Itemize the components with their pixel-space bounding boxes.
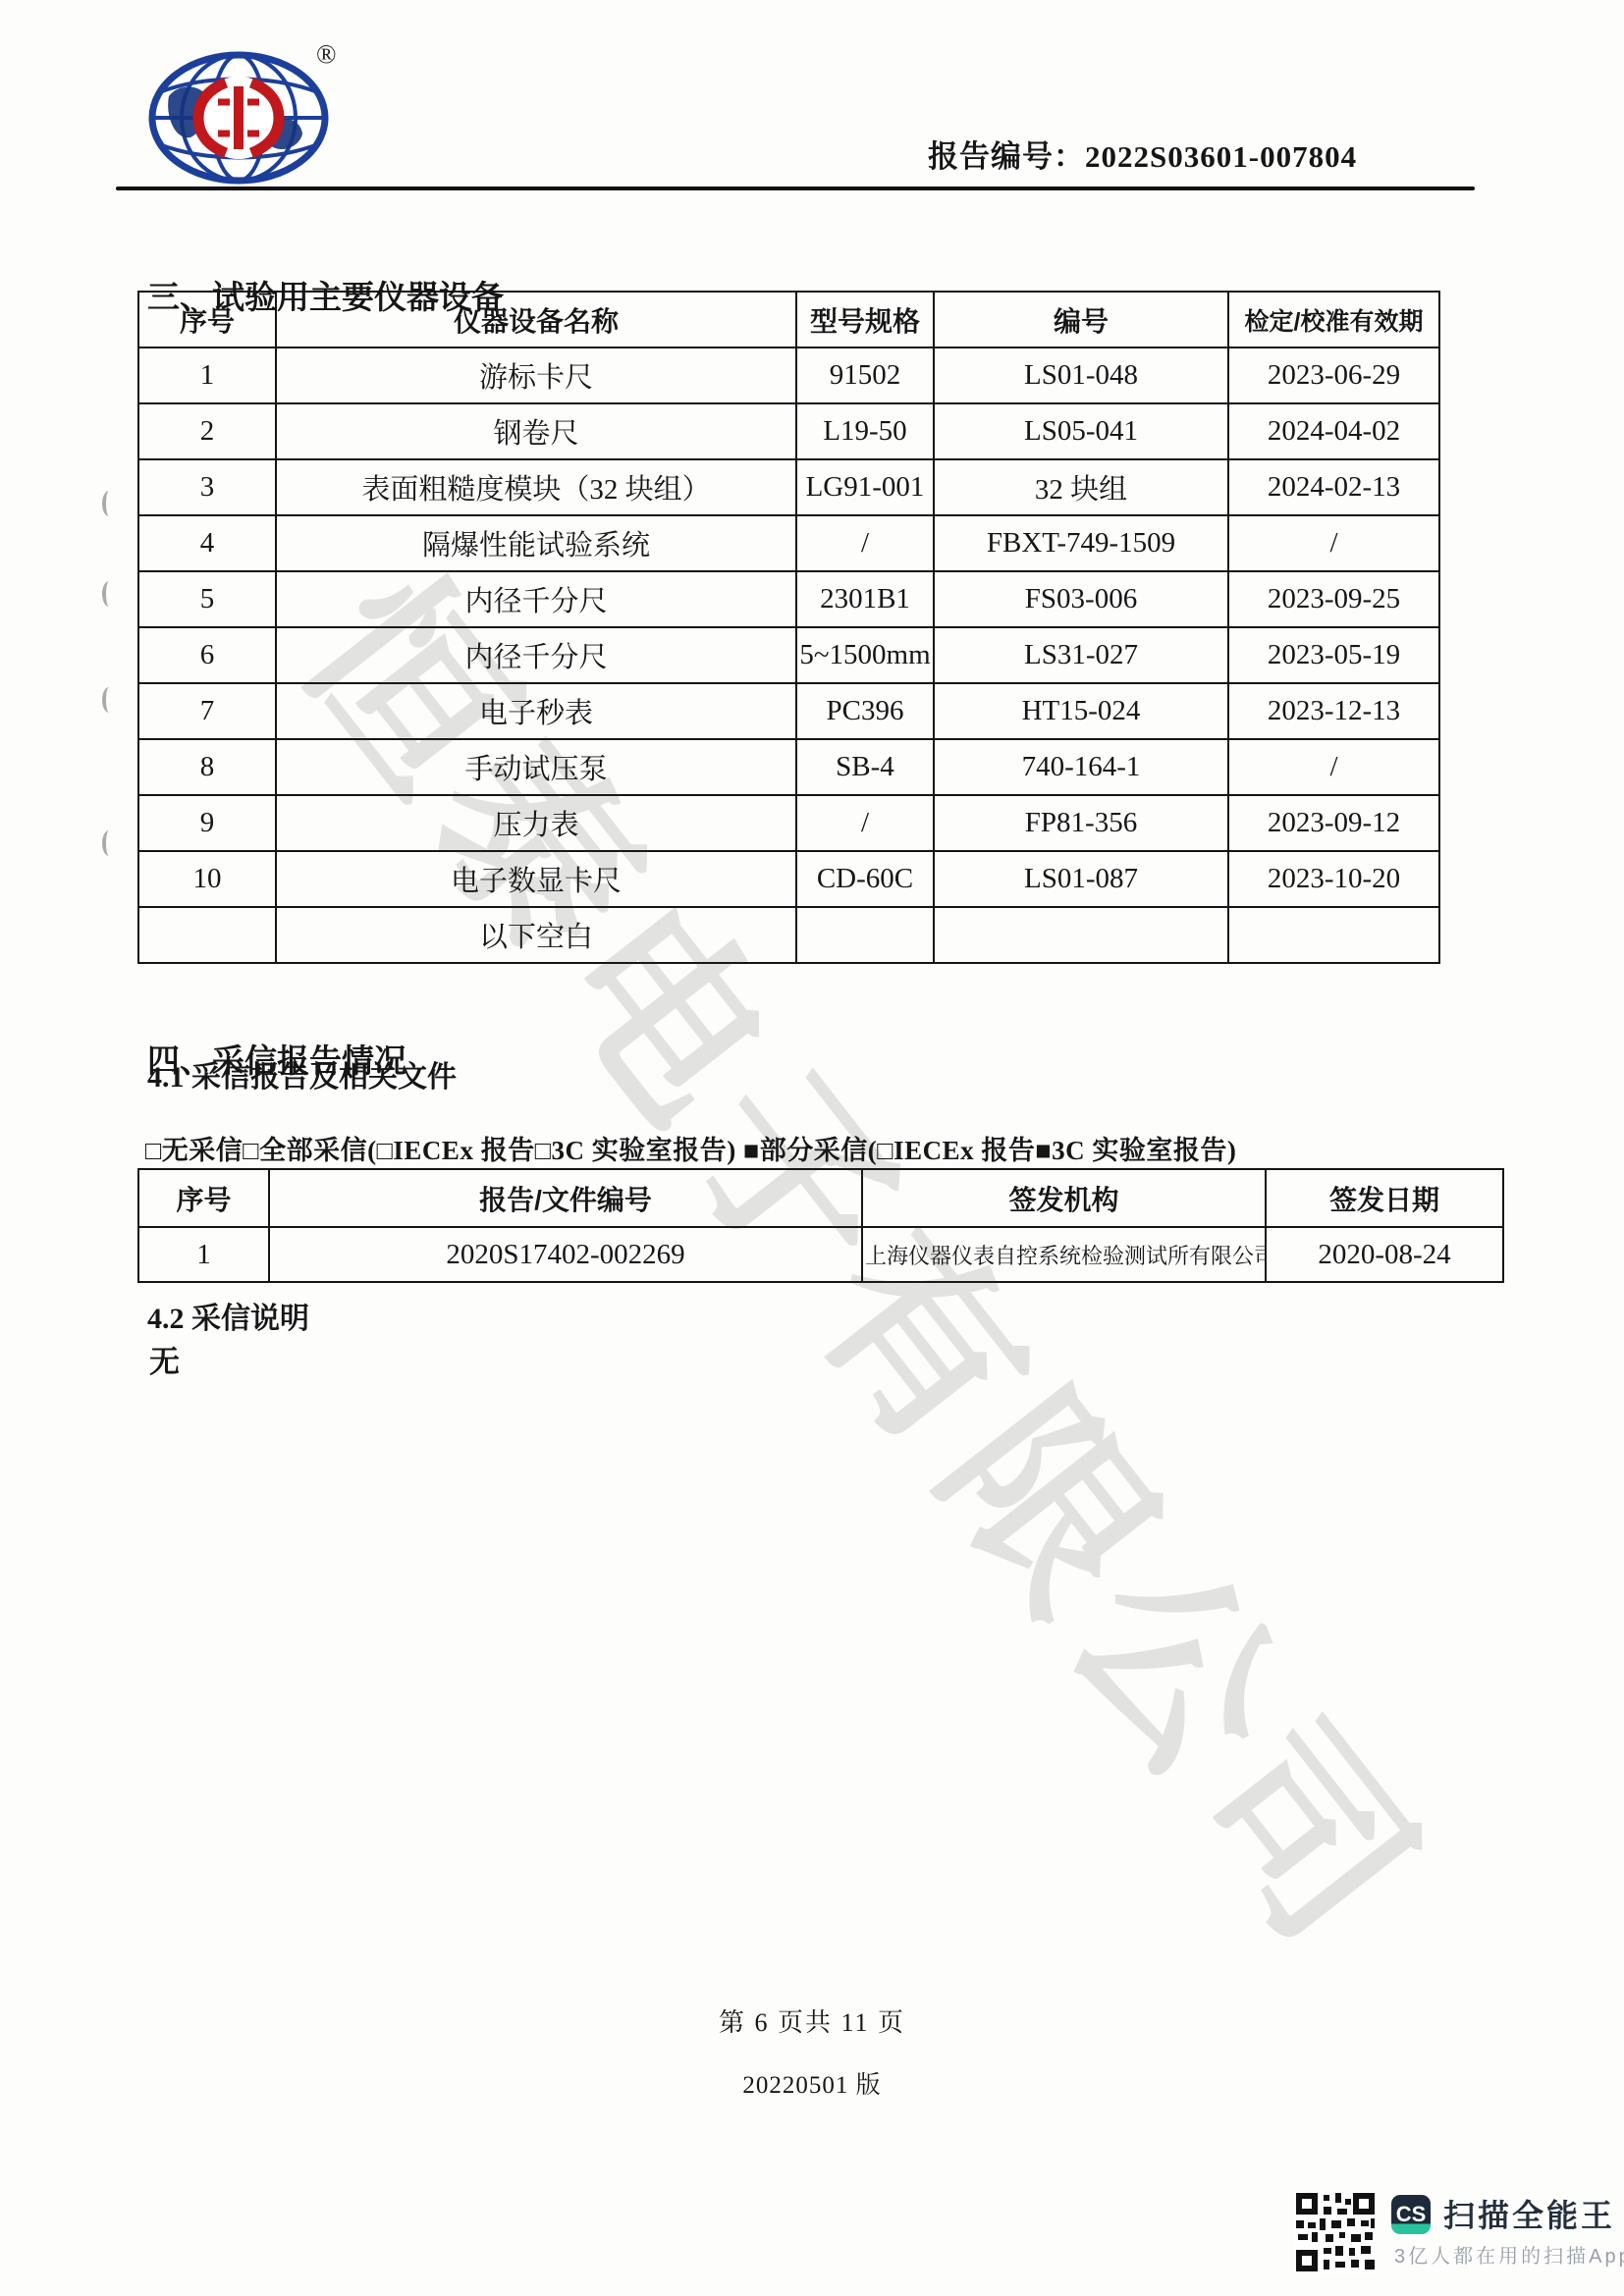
section4-subtitle-4-2: 4.2 采信说明 <box>147 1294 309 1337</box>
table-cell: HT15-024 <box>934 683 1228 739</box>
table-cell: 4 <box>138 515 276 571</box>
table-row: 1游标卡尺91502LS01-0482023-06-29 <box>138 347 1439 403</box>
column-header: 编号 <box>934 292 1228 347</box>
table-cell: 2023-06-29 <box>1228 347 1439 403</box>
adopted-reports-table: 序号报告/文件编号签发机构签发日期12020S17402-002269上海仪器仪… <box>137 1168 1504 1283</box>
table-cell: PC396 <box>796 683 934 739</box>
scan-smudge <box>102 491 116 516</box>
table-cell: LG91-001 <box>796 459 934 515</box>
table-cell: 表面粗糙度模块（32 块组） <box>276 459 796 515</box>
camscanner-logo-text: CS <box>1396 2202 1427 2227</box>
table-cell: 3 <box>138 459 276 515</box>
equipment-table: 序号仪器设备名称型号规格编号检定/校准有效期1游标卡尺91502LS01-048… <box>137 291 1440 964</box>
table-row: 2钢卷尺L19-50LS05-0412024-04-02 <box>138 403 1439 459</box>
table-row: 5内径千分尺2301B1FS03-0062023-09-25 <box>138 571 1439 627</box>
table-cell: 5~1500mm <box>796 627 934 683</box>
table-cell: / <box>1228 739 1439 795</box>
table-row: 3表面粗糙度模块（32 块组）LG91-00132 块组2024-02-13 <box>138 459 1439 515</box>
table-cell: 91502 <box>796 347 934 403</box>
table-cell: 8 <box>138 739 276 795</box>
table-cell: 手动试压泵 <box>276 739 796 795</box>
table-cell: 电子数显卡尺 <box>276 851 796 907</box>
table-cell: 2023-10-20 <box>1228 851 1439 907</box>
header-divider <box>116 187 1475 190</box>
column-header: 签发机构 <box>862 1169 1266 1227</box>
report-number: 报告编号：2022S03601-007804 <box>928 132 1357 176</box>
table-cell: LS01-048 <box>934 347 1228 403</box>
table-row: 8手动试压泵SB-4740-164-1/ <box>138 739 1439 795</box>
scan-smudge <box>102 830 116 856</box>
table-cell: 上海仪器仪表自控系统检验测试所有限公司 <box>862 1227 1266 1282</box>
table-cell: CD-60C <box>796 851 934 907</box>
table-cell: 2020-08-24 <box>1266 1227 1503 1282</box>
table-header-row: 序号报告/文件编号签发机构签发日期 <box>138 1169 1503 1227</box>
table-cell: 压力表 <box>276 795 796 851</box>
organization-logo <box>147 45 330 190</box>
table-cell: / <box>1228 515 1439 571</box>
table-cell: FP81-356 <box>934 795 1228 851</box>
table-cell: 7 <box>138 683 276 739</box>
column-header: 型号规格 <box>796 292 934 347</box>
table-cell: 6 <box>138 627 276 683</box>
table-row: 6内径千分尺5~1500mmLS31-0272023-05-19 <box>138 627 1439 683</box>
table-cell: 2 <box>138 403 276 459</box>
table-cell: 2023-05-19 <box>1228 627 1439 683</box>
adoption-checkbox-line: □无采信□全部采信(□IECEx 报告□3C 实验室报告) ■部分采信(□IEC… <box>145 1129 1236 1167</box>
column-header: 检定/校准有效期 <box>1228 292 1439 347</box>
table-cell: 2024-02-13 <box>1228 459 1439 515</box>
table-cell: LS01-087 <box>934 851 1228 907</box>
table-cell: 以下空白 <box>276 907 796 963</box>
section4-subtitle-4-1: 4.1 采信报告及相关文件 <box>147 1052 457 1095</box>
table-cell: L19-50 <box>796 403 934 459</box>
column-header: 仪器设备名称 <box>276 292 796 347</box>
table-cell: FBXT-749-1509 <box>934 515 1228 571</box>
column-header: 报告/文件编号 <box>269 1169 862 1227</box>
table-cell: 内径千分尺 <box>276 571 796 627</box>
table-cell <box>1228 907 1439 963</box>
table-row: 9压力表/FP81-3562023-09-12 <box>138 795 1439 851</box>
table-header-row: 序号仪器设备名称型号规格编号检定/校准有效期 <box>138 292 1439 347</box>
table-cell: 1 <box>138 1227 269 1282</box>
version-label: 20220501 版 <box>0 2065 1624 2101</box>
table-cell: 电子秒表 <box>276 683 796 739</box>
table-cell: 2024-04-02 <box>1228 403 1439 459</box>
table-cell: 9 <box>138 795 276 851</box>
page-number: 第 6 页共 11 页 <box>0 2002 1624 2039</box>
table-cell: 隔爆性能试验系统 <box>276 515 796 571</box>
table-cell: LS31-027 <box>934 627 1228 683</box>
table-row: 以下空白 <box>138 907 1439 963</box>
table-cell: SB-4 <box>796 739 934 795</box>
table-cell: 32 块组 <box>934 459 1228 515</box>
table-cell <box>796 907 934 963</box>
table-cell: 2023-09-12 <box>1228 795 1439 851</box>
qr-code-icon <box>1294 2191 1377 2273</box>
registered-trademark: ® <box>316 39 337 70</box>
table-cell: 10 <box>138 851 276 907</box>
table-cell: 2023-12-13 <box>1228 683 1439 739</box>
table-cell: 内径千分尺 <box>276 627 796 683</box>
table-cell: LS05-041 <box>934 403 1228 459</box>
camscanner-app-name: 扫描全能王 <box>1443 2191 1615 2236</box>
table-cell <box>934 907 1228 963</box>
camscanner-logo-icon: CS <box>1391 2195 1431 2234</box>
table-row: 10电子数显卡尺CD-60CLS01-0872023-10-20 <box>138 851 1439 907</box>
table-cell: 1 <box>138 347 276 403</box>
table-row: 4隔爆性能试验系统/FBXT-749-1509/ <box>138 515 1439 571</box>
table-cell: 游标卡尺 <box>276 347 796 403</box>
scan-smudge <box>102 581 116 607</box>
table-row: 12020S17402-002269上海仪器仪表自控系统检验测试所有限公司202… <box>138 1227 1503 1282</box>
column-header: 序号 <box>138 292 276 347</box>
table-cell: 2020S17402-002269 <box>269 1227 862 1282</box>
table-cell: 2301B1 <box>796 571 934 627</box>
table-cell: FS03-006 <box>934 571 1228 627</box>
table-row: 7电子秒表PC396HT15-0242023-12-13 <box>138 683 1439 739</box>
table-cell <box>138 907 276 963</box>
column-header: 签发日期 <box>1266 1169 1503 1227</box>
camscanner-slogan: 3亿人都在用的扫描App <box>1394 2240 1624 2269</box>
table-cell: 5 <box>138 571 276 627</box>
adoption-note-value: 无 <box>149 1337 180 1381</box>
table-cell: 钢卷尺 <box>276 403 796 459</box>
table-cell: 740-164-1 <box>934 739 1228 795</box>
table-cell: / <box>796 515 934 571</box>
globe-logo-icon <box>147 45 330 190</box>
document-page: 恒泰电子有限公司 ® 报告编号：2022S03601-007804 三、试验用主… <box>0 0 1624 2296</box>
column-header: 序号 <box>138 1169 269 1227</box>
scan-smudge <box>102 687 116 713</box>
table-cell: 2023-09-25 <box>1228 571 1439 627</box>
table-cell: / <box>796 795 934 851</box>
